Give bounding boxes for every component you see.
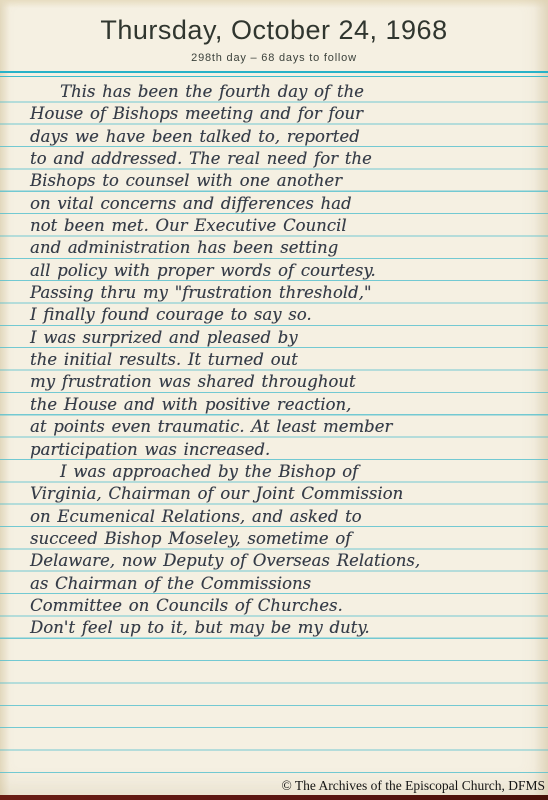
day-count-subtitle: 298th day – 68 days to follow <box>0 52 548 64</box>
handwritten-line: I finally found courage to say so. <box>30 303 534 325</box>
handwritten-line: This has been the fourth day of the <box>30 80 534 102</box>
diary-page: Thursday, October 24, 1968 298th day – 6… <box>0 0 548 800</box>
handwritten-line: Virginia, Chairman of our Joint Commissi… <box>30 482 534 504</box>
handwritten-line: participation was increased. <box>30 438 534 460</box>
handwritten-line: on Ecumenical Relations, and asked to <box>30 505 534 527</box>
handwritten-line: House of Bishops meeting and for four <box>30 102 534 124</box>
handwritten-line: Don't feel up to it, but may be my duty. <box>30 616 534 638</box>
handwritten-line: my frustration was shared throughout <box>30 370 534 392</box>
header-divider-rule <box>0 71 548 77</box>
handwritten-line: and administration has been setting <box>30 236 534 258</box>
page-bottom-edge-bar <box>0 795 548 800</box>
handwritten-line: Committee on Councils of Churches. <box>30 594 534 616</box>
archive-credit: © The Archives of the Episcopal Church, … <box>282 778 545 794</box>
handwritten-line: not been met. Our Executive Council <box>30 214 534 236</box>
handwritten-line: the initial results. It turned out <box>30 348 534 370</box>
handwritten-line: Passing thru my "frustration threshold," <box>30 281 534 303</box>
handwritten-line: I was approached by the Bishop of <box>30 460 534 482</box>
handwritten-line: Bishops to counsel with one another <box>30 169 534 191</box>
handwritten-line: succeed Bishop Moseley, sometime of <box>30 527 534 549</box>
handwritten-line: I was surprized and pleased by <box>30 326 534 348</box>
handwritten-line: at points even traumatic. At least membe… <box>30 415 534 437</box>
date-title: Thursday, October 24, 1968 <box>0 14 548 46</box>
handwritten-line: the House and with positive reaction, <box>30 393 534 415</box>
handwritten-line: all policy with proper words of courtesy… <box>30 259 534 281</box>
handwritten-line: Delaware, now Deputy of Overseas Relatio… <box>30 549 534 571</box>
ruled-writing-area: This has been the fourth day of the Hous… <box>0 80 548 774</box>
handwritten-line: days we have been talked to, reported <box>30 125 534 147</box>
handwritten-line: as Chairman of the Commissions <box>30 572 534 594</box>
handwritten-line: on vital concerns and differences had <box>30 192 534 214</box>
printed-header: Thursday, October 24, 1968 298th day – 6… <box>0 14 548 64</box>
handwritten-line: to and addressed. The real need for the <box>30 147 534 169</box>
